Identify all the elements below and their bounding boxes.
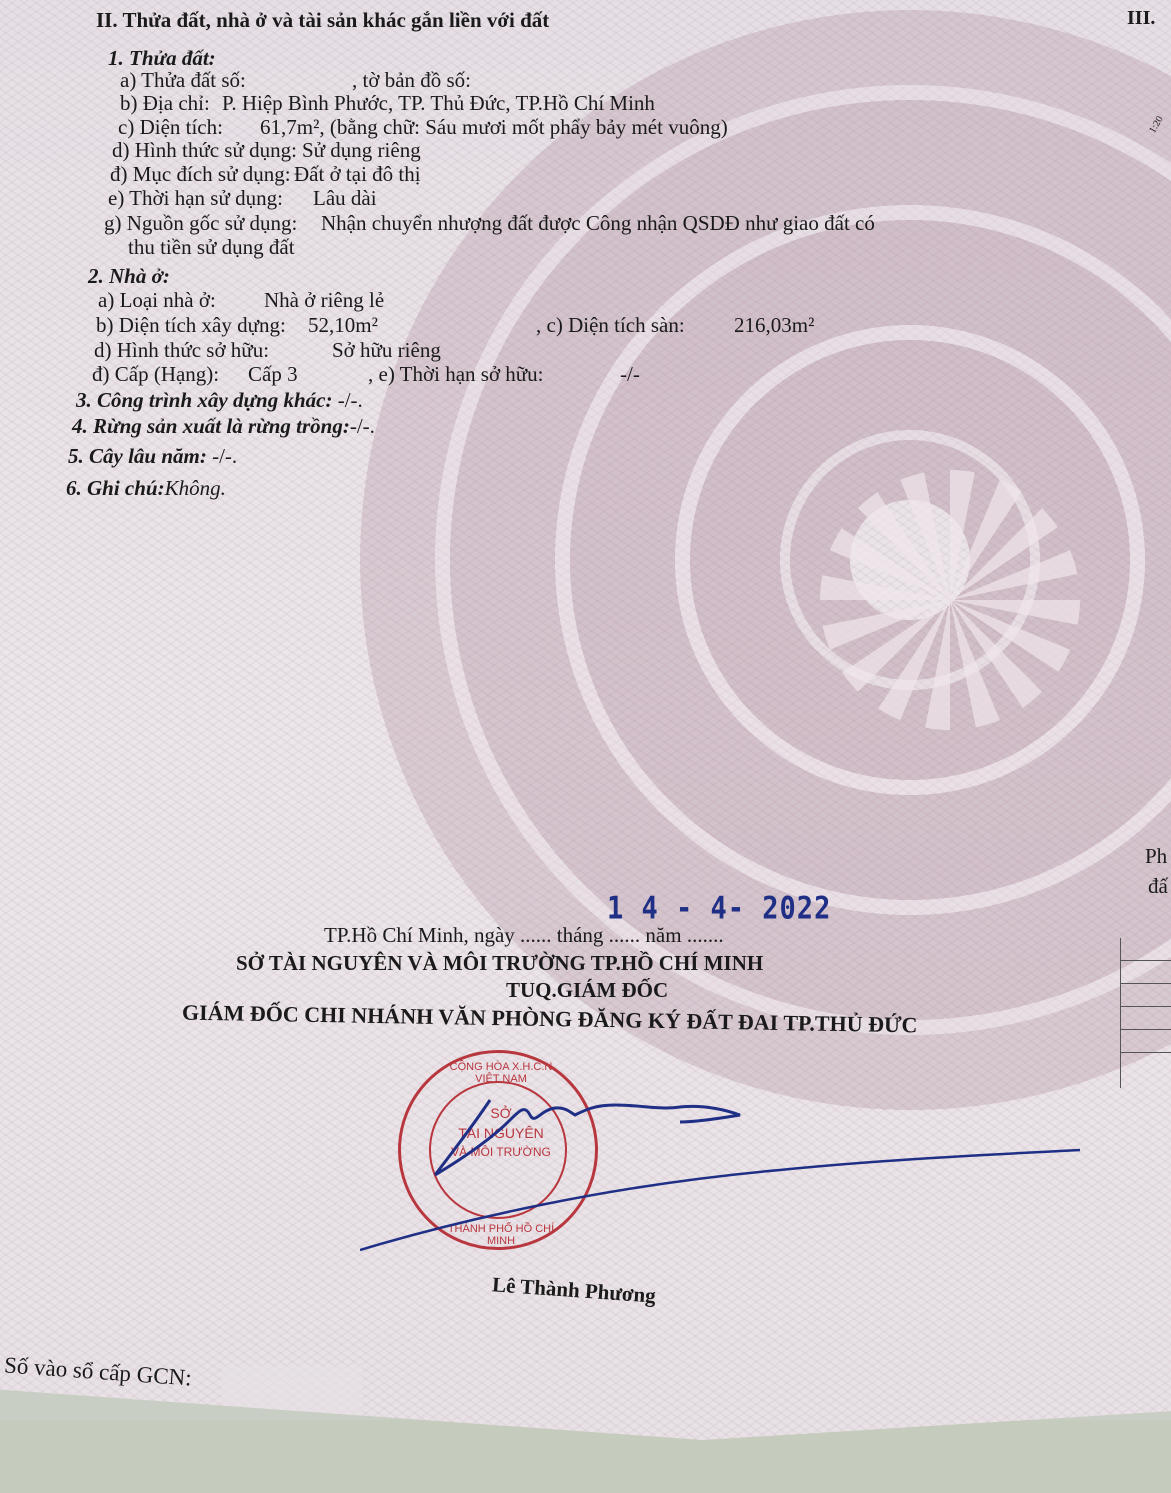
use-form-value: Sử dụng riêng (302, 140, 421, 161)
address-label: b) Địa chỉ: (120, 93, 210, 114)
drum-star-watermark (820, 470, 1080, 730)
house-type-label: a) Loại nhà ở: (98, 290, 216, 311)
origin-value-line2: thu tiền sử dụng đất (128, 237, 295, 258)
area-label: c) Diện tích: (118, 117, 223, 138)
grade-label: đ) Cấp (Hạng): (92, 364, 219, 385)
use-form-label: d) Hình thức sử dụng: (112, 140, 297, 161)
ownership-label: d) Hình thức sở hữu: (94, 340, 269, 361)
build-area-value: 52,10m² (308, 315, 378, 336)
ownership-value: Sở hữu riêng (332, 340, 441, 361)
origin-label: g) Nguồn gốc sử dụng: (104, 213, 297, 234)
handwritten-signature (360, 1060, 1080, 1260)
certificate-page: II. Thửa đất, nhà ở và tài sản khác gắn … (0, 0, 1171, 1440)
floor-area-value: 216,03m² (734, 315, 814, 336)
origin-value-line1: Nhận chuyển nhượng đất được Công nhận QS… (321, 213, 875, 234)
registry-label: Số vào sổ cấp GCN: (3, 1353, 192, 1389)
purpose-value: Đất ở tại đô thị (294, 164, 421, 185)
date-line: TP.Hồ Chí Minh, ngày ...... tháng ......… (324, 925, 724, 946)
section-iii-marker: III. (1127, 8, 1155, 28)
parcel-no-label: a) Thửa đất số: (120, 70, 246, 91)
stamped-date: 1 4 - 4- 2022 (607, 891, 831, 927)
address-value: P. Hiệp Bình Phước, TP. Thủ Đức, TP.Hồ C… (222, 93, 655, 114)
map-sheet-label: , tờ bản đồ số: (352, 70, 471, 91)
planted-forest: 4. Rừng sản xuất là rừng trồng:-/-. (72, 416, 375, 437)
own-term-label: , e) Thời hạn sở hữu: (368, 364, 544, 385)
registry-value-redacted (222, 1366, 362, 1432)
floor-area-label: , c) Diện tích sàn: (536, 315, 685, 336)
grade-value: Cấp 3 (248, 364, 298, 385)
build-area-label: b) Diện tích xây dựng: (96, 315, 286, 336)
own-term-value: -/- (620, 364, 640, 385)
term-value: Lâu dài (313, 188, 377, 209)
house-heading: 2. Nhà ở: (88, 266, 170, 287)
perennial-trees: 5. Cây lâu năm: -/-. (68, 446, 237, 467)
right-edge-text-2: đấ (1148, 876, 1168, 897)
on-behalf-title: TUQ.GIÁM ĐỐC (506, 980, 668, 1001)
other-construction: 3. Công trình xây dựng khác: -/-. (76, 390, 363, 411)
section-title: II. Thửa đất, nhà ở và tài sản khác gắn … (96, 10, 549, 31)
land-parcel-heading: 1. Thửa đất: (108, 48, 216, 69)
right-edge-text-1: Ph (1145, 846, 1167, 867)
purpose-label: đ) Mục đích sử dụng: (110, 164, 291, 185)
term-label: e) Thời hạn sử dụng: (108, 188, 283, 209)
signer-name: Lê Thành Phương (491, 1274, 656, 1306)
right-table-fragment (1120, 938, 1171, 1088)
notes: 6. Ghi chú:Không. (66, 478, 226, 499)
house-type-value: Nhà ở riêng lẻ (264, 290, 384, 311)
agency-name: SỞ TÀI NGUYÊN VÀ MÔI TRƯỜNG TP.HỒ CHÍ MI… (236, 953, 763, 974)
area-value: 61,7m², (bằng chữ: Sáu mươi mốt phẩy bảy… (260, 117, 728, 138)
